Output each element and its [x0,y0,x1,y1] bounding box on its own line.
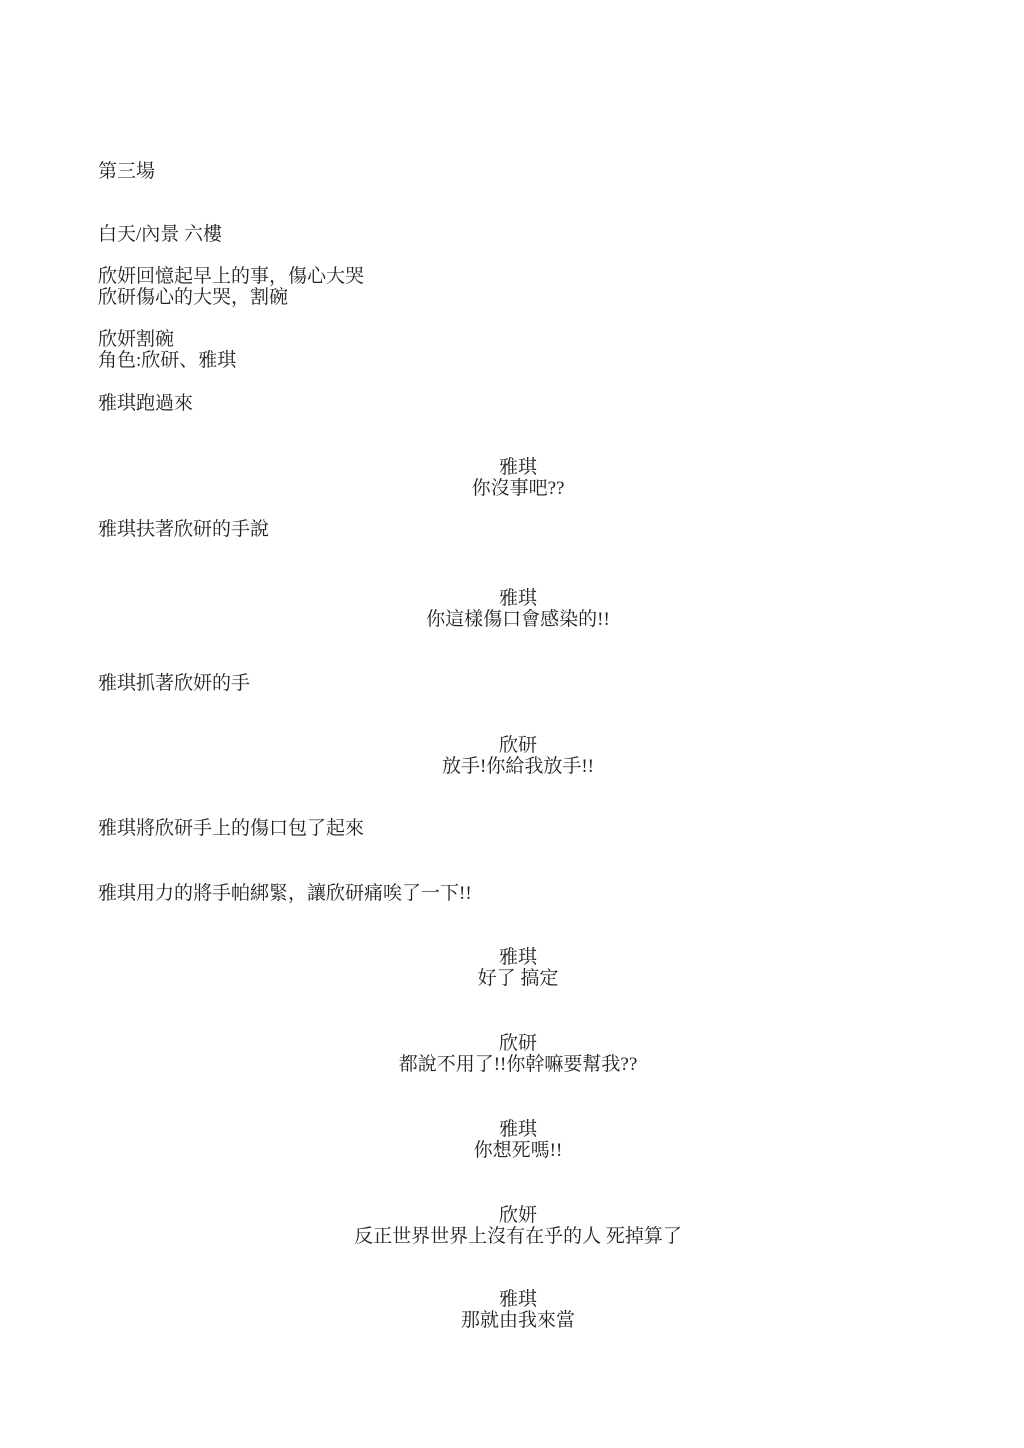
dialogue-line: 你沒事吧?? [12,478,1024,499]
dialogue-block: 雅琪 你想死嗎!! [12,1119,1024,1161]
dialogue-line: 你這樣傷口會感染的!! [12,609,1024,630]
dialogue-block: 欣妍 反正世界世界上沒有在乎的人 死掉算了 [12,1205,1024,1247]
scene-description: 欣研傷心的大哭，割碗 [98,287,288,308]
character-name: 欣研 [12,1033,1024,1054]
dialogue-line: 你想死嗎!! [12,1140,1024,1161]
dialogue-block: 雅琪 那就由我來當 [12,1289,1024,1331]
script-document-page: 第三場 白天/內景 六樓 欣研傷心的大哭，割碗 角色:欣研、雅琪 欣妍回憶起早上… [0,0,1024,1448]
character-name: 欣研 [12,735,1024,756]
dialogue-block: 欣研 都說不用了!!你幹嘛要幫我?? [12,1033,1024,1075]
dialogue-line: 好了 搞定 [12,968,1024,989]
dialogue-block: 雅琪 好了 搞定 [12,947,1024,989]
dialogue-line: 都說不用了!!你幹嘛要幫我?? [12,1054,1024,1075]
dialogue-block: 雅琪 你這樣傷口會感染的!! [12,588,1024,630]
character-name: 雅琪 [12,457,1024,478]
scene-number: 第三場 [98,161,288,182]
scene-characters: 角色:欣研、雅琪 [98,350,288,371]
action-line: 欣妍回憶起早上的事，傷心大哭 [98,266,364,287]
character-name: 雅琪 [12,1119,1024,1140]
dialogue-line: 那就由我來當 [12,1310,1024,1331]
dialogue-block: 雅琪 你沒事吧?? [12,457,1024,499]
dialogue-line: 放手!你給我放手!! [12,756,1024,777]
action-line: 雅琪用力的將手帕綁緊，讓欣研痛唉了一下!! [98,883,472,904]
action-line: 雅琪跑過來 [98,393,193,414]
dialogue-line: 反正世界世界上沒有在乎的人 死掉算了 [12,1226,1024,1247]
character-name: 雅琪 [12,947,1024,968]
character-name: 欣妍 [12,1205,1024,1226]
character-name: 雅琪 [12,1289,1024,1310]
action-line: 欣妍割碗 [98,329,174,350]
character-name: 雅琪 [12,588,1024,609]
action-line: 雅琪扶著欣研的手說 [98,519,269,540]
action-line: 雅琪將欣研手上的傷口包了起來 [98,818,364,839]
action-line: 雅琪抓著欣妍的手 [98,673,250,694]
scene-time-location: 白天/內景 六樓 [98,224,288,245]
dialogue-block: 欣研 放手!你給我放手!! [12,735,1024,777]
